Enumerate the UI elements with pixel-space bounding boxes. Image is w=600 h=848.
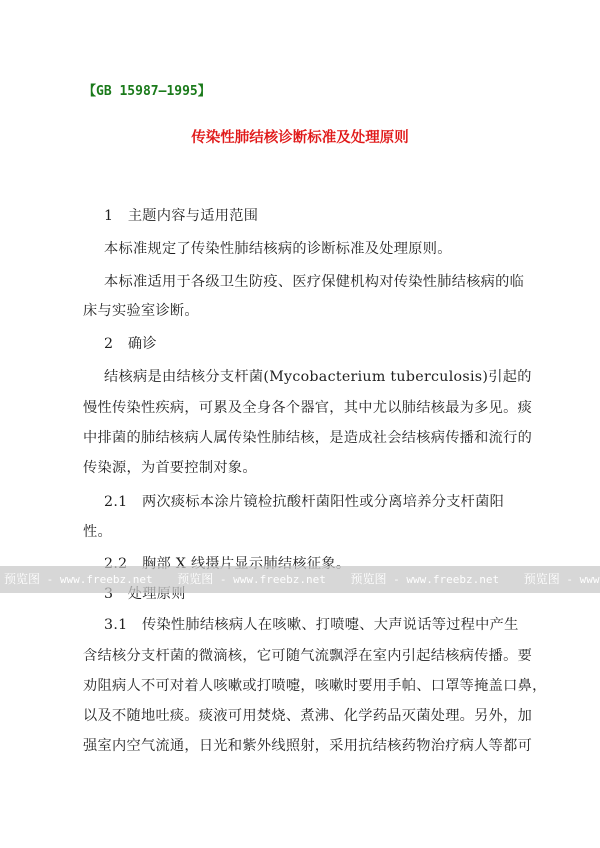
- watermark-item: 预览图 - www.freebz.net: [350, 566, 499, 593]
- paragraph-line: 结核病是由结核分支杆菌(Mycobacterium tuberculosis)引…: [104, 366, 532, 386]
- paragraph-line: 含结核分支杆菌的微滴核，它可随气流飘浮在室内引起结核病传播。要: [83, 645, 532, 665]
- preview-watermark-banner: 预览图 - www.freebz.net 预览图 - www.freebz.ne…: [0, 566, 600, 593]
- clause-3-1: 3.1 传染性肺结核病人在咳嗽、打喷嚏、大声说话等过程中产生: [104, 614, 519, 634]
- paragraph-line: 本标准适用于各级卫生防疫、医疗保健机构对传染性肺结核病的临: [104, 271, 524, 291]
- paragraph-line: 本标准规定了传染性肺结核病的诊断标准及处理原则。: [104, 238, 452, 258]
- watermark-item: 预览图 - www.freebz.net: [524, 566, 600, 593]
- document-title: 传染性肺结核诊断标准及处理原则: [0, 126, 600, 147]
- watermark-item: 预览图 - www.freebz.net: [4, 566, 153, 593]
- paragraph-line: 慢性传染性疾病，可累及全身各个器官，其中尤以肺结核最为多见。痰: [83, 397, 532, 417]
- paragraph-line: 强室内空气流通，日光和紫外线照射，采用抗结核药物治疗病人等都可: [83, 735, 532, 755]
- paragraph-line: 传染源，为首要控制对象。: [83, 457, 257, 477]
- paragraph-line: 床与实验室诊断。: [83, 300, 199, 320]
- document-page: 【GB 15987—1995】 传染性肺结核诊断标准及处理原则 1 主题内容与适…: [0, 0, 600, 848]
- paragraph-line: 以及不随地吐痰。痰液可用焚烧、煮沸、化学药品灭菌处理。另外，加: [83, 705, 532, 725]
- standard-code: 【GB 15987—1995】: [83, 80, 211, 99]
- section-heading-1: 1 主题内容与适用范围: [104, 205, 258, 225]
- section-heading-2: 2 确诊: [104, 333, 157, 353]
- clause-2-1: 2.1 两次痰标本涂片镜检抗酸杆菌阳性或分离培养分支杆菌阳: [104, 491, 504, 511]
- watermark-item: 预览图 - www.freebz.net: [177, 566, 326, 593]
- paragraph-line: 中排菌的肺结核病人属传染性肺结核，是造成社会结核病传播和流行的: [83, 427, 532, 447]
- paragraph-line: 劝阻病人不可对着人咳嗽或打喷嚏，咳嗽时要用手帕、口罩等掩盖口鼻，: [83, 675, 547, 695]
- paragraph-line: 性。: [83, 521, 112, 541]
